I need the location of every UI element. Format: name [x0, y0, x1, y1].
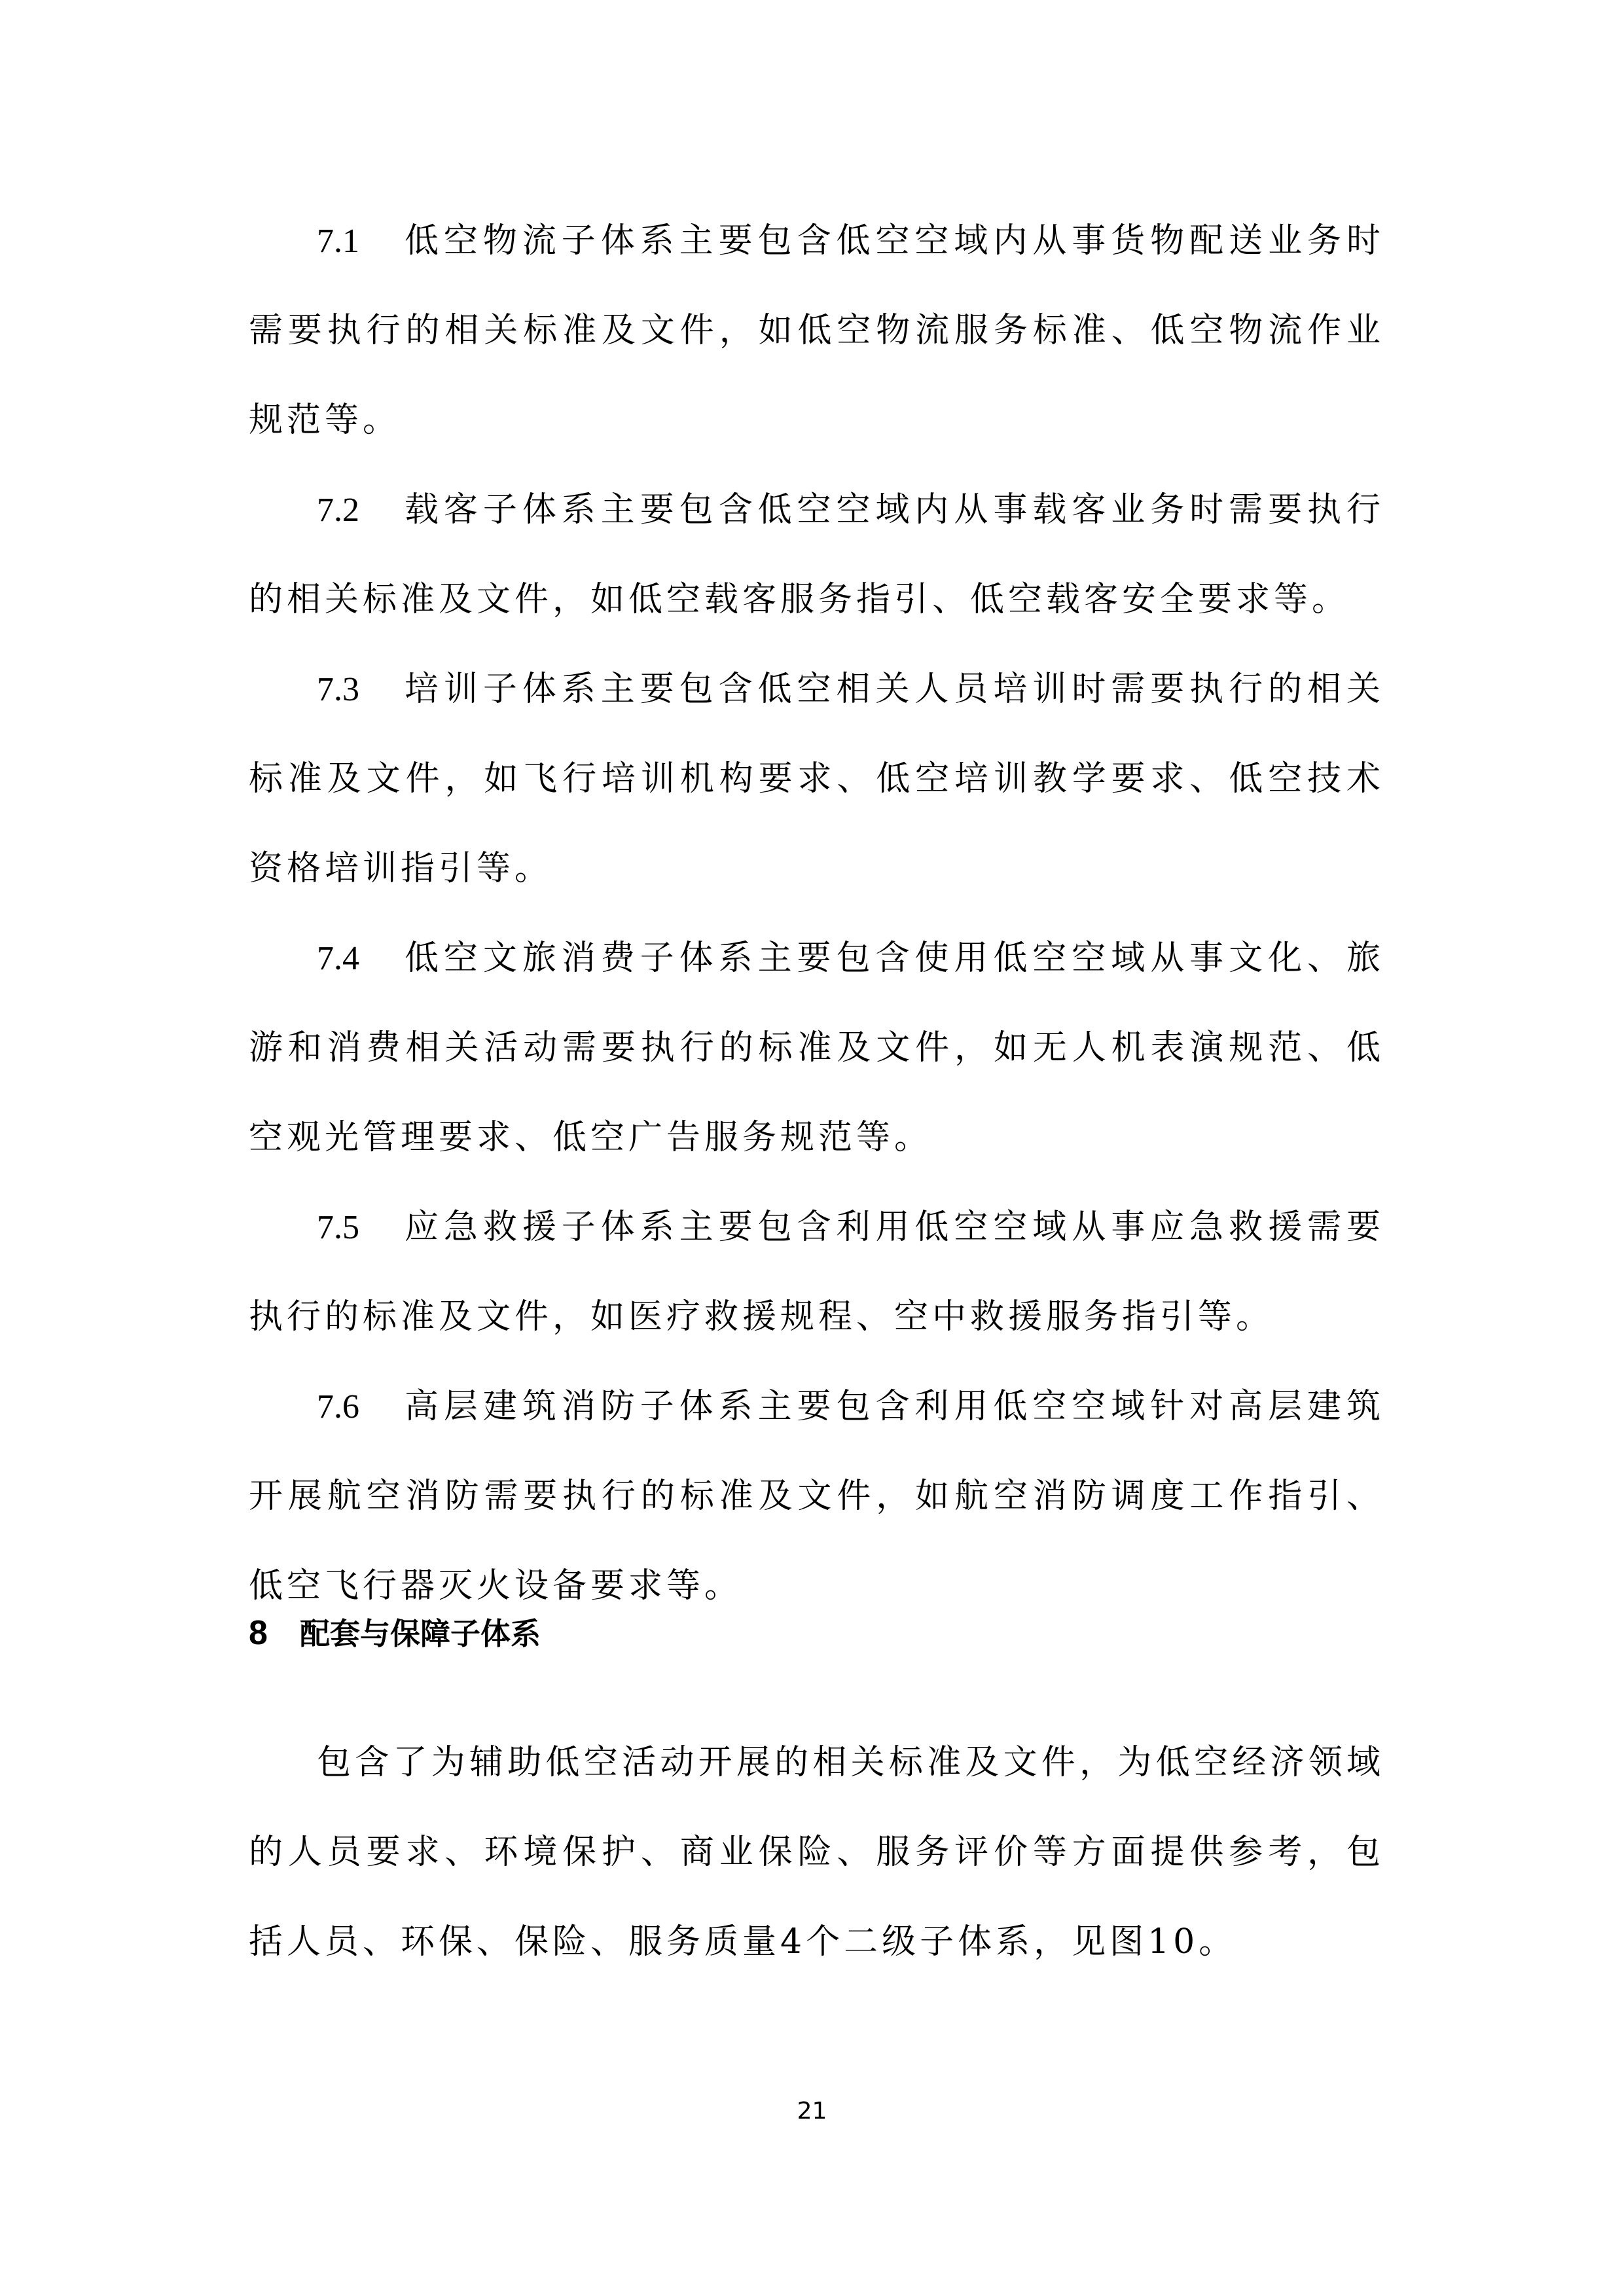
paragraph-text: 载客子体系主要包含低空空域内从事载客业务时需要执行的相关标准及文件，如低空载客服…	[249, 490, 1384, 619]
paragraph: 7.3培训子体系主要包含低空相关人员培训时需要执行的相关标准及文件，如飞行培训机…	[249, 645, 1384, 914]
section-heading: 8配套与保障子体系	[249, 1610, 541, 1653]
section-number: 7.2	[317, 465, 403, 555]
paragraph-text: 培训子体系主要包含低空相关人员培训时需要执行的相关标准及文件，如飞行培训机构要求…	[249, 670, 1384, 888]
paragraph-text: 低空物流子体系主要包含低空空域内从事货物配送业务时需要执行的相关标准及文件，如低…	[249, 221, 1384, 440]
paragraph: 7.2载客子体系主要包含低空空域内从事载客业务时需要执行的相关标准及文件，如低空…	[249, 465, 1384, 645]
section-7-3: 7.3培训子体系主要包含低空相关人员培训时需要执行的相关标准及文件，如飞行培训机…	[249, 645, 1384, 914]
page-number: 21	[0, 2098, 1624, 2125]
paragraph: 7.1低空物流子体系主要包含低空空域内从事货物配送业务时需要执行的相关标准及文件…	[249, 196, 1384, 465]
paragraph: 包含了为辅助低空活动开展的相关标准及文件，为低空经济领域的人员要求、环境保护、商…	[249, 1718, 1384, 1987]
section-number: 7.3	[317, 645, 403, 734]
section-7-2: 7.2载客子体系主要包含低空空域内从事载客业务时需要执行的相关标准及文件，如低空…	[249, 465, 1384, 645]
paragraph: 7.4低空文旅消费子体系主要包含使用低空空域从事文化、旅游和消费相关活动需要执行…	[249, 914, 1384, 1183]
paragraph-text: 高层建筑消防子体系主要包含利用低空空域针对高层建筑开展航空消防需要执行的标准及文…	[249, 1387, 1384, 1605]
section-7-1: 7.1低空物流子体系主要包含低空空域内从事货物配送业务时需要执行的相关标准及文件…	[249, 196, 1384, 465]
section-8-intro: 包含了为辅助低空活动开展的相关标准及文件，为低空经济领域的人员要求、环境保护、商…	[249, 1718, 1384, 1987]
paragraph-text: 低空文旅消费子体系主要包含使用低空空域从事文化、旅游和消费相关活动需要执行的标准…	[249, 939, 1384, 1157]
section-7-6: 7.6高层建筑消防子体系主要包含利用低空空域针对高层建筑开展航空消防需要执行的标…	[249, 1362, 1384, 1631]
paragraph: 7.6高层建筑消防子体系主要包含利用低空空域针对高层建筑开展航空消防需要执行的标…	[249, 1362, 1384, 1631]
section-number: 7.1	[317, 196, 403, 286]
section-number: 7.6	[317, 1362, 403, 1452]
section-7-5: 7.5应急救援子体系主要包含利用低空空域从事应急救援需要执行的标准及文件，如医疗…	[249, 1183, 1384, 1362]
section-number: 7.4	[317, 914, 403, 1003]
heading-title: 配套与保障子体系	[300, 1617, 541, 1651]
paragraph: 7.5应急救援子体系主要包含利用低空空域从事应急救援需要执行的标准及文件，如医疗…	[249, 1183, 1384, 1362]
section-number: 7.5	[317, 1183, 403, 1272]
section-7-4: 7.4低空文旅消费子体系主要包含使用低空空域从事文化、旅游和消费相关活动需要执行…	[249, 914, 1384, 1183]
paragraph-text: 应急救援子体系主要包含利用低空空域从事应急救援需要执行的标准及文件，如医疗救援规…	[249, 1208, 1384, 1336]
heading-number: 8	[249, 1613, 300, 1653]
